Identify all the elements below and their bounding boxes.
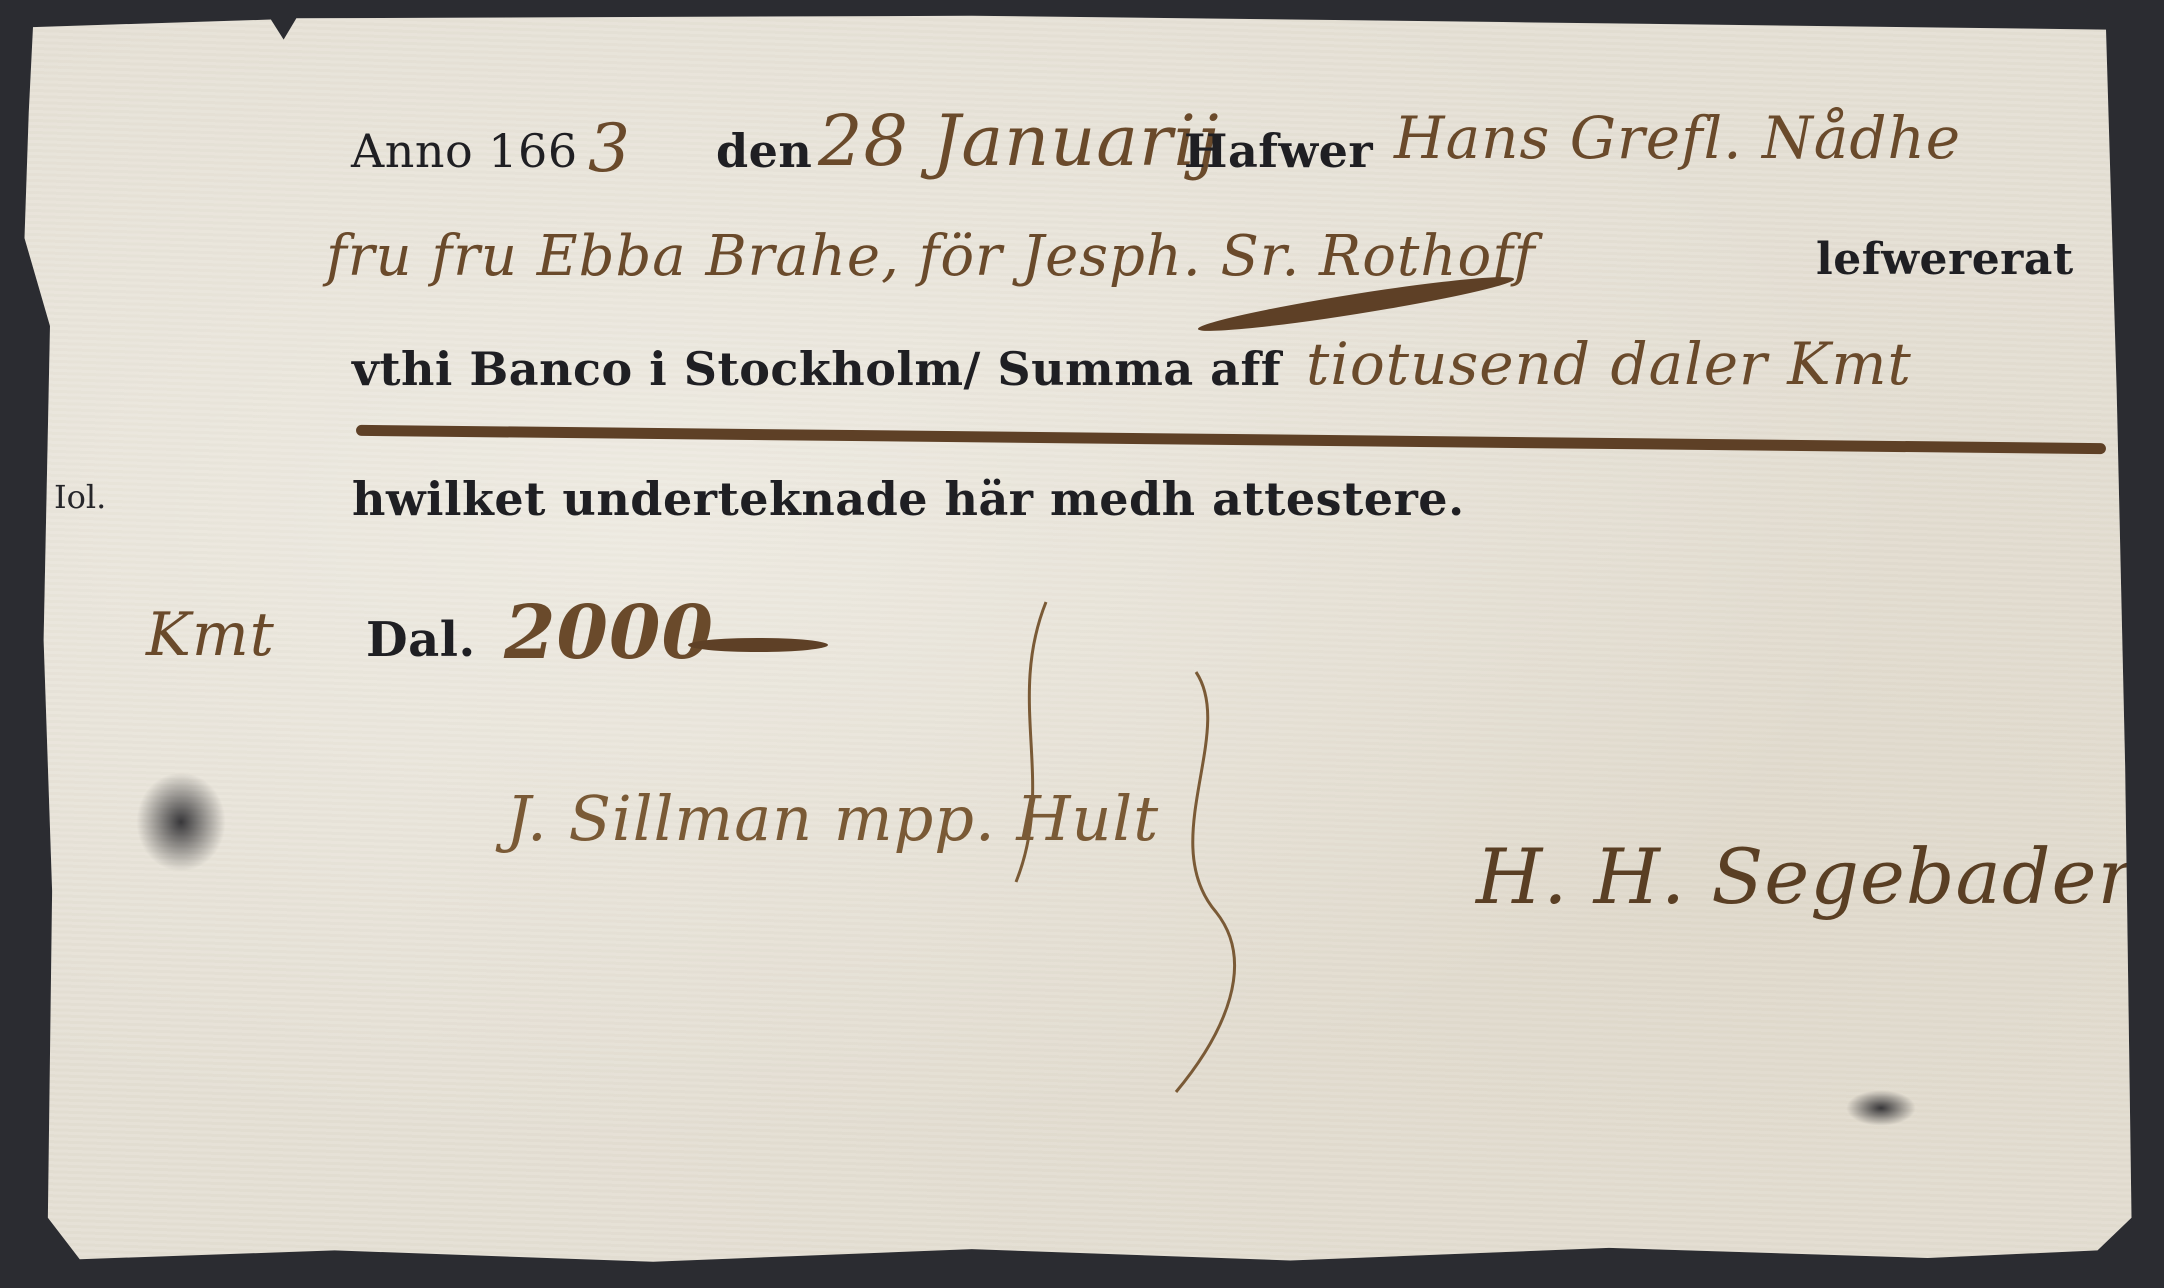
handwritten-sum: tiotusend daler Kmt [1306,330,1912,398]
printed-den: den [716,124,812,178]
handwritten-amount-prefix: Kmt [146,600,275,670]
printed-attestation-line: hwilket underteknade här medh attestere. [352,472,1465,526]
document-paper: Anno 166 3 den 28 Januarij Hafwer Hans G… [16,12,2140,1268]
ink-underline-stroke [356,425,2106,454]
signature-flourish-icon [996,582,1296,1102]
printed-anno: Anno 166 [351,124,578,178]
ink-blot [1846,1090,1916,1126]
printed-lefwererat: lefwererat [1816,234,2074,285]
margin-label: Iol. [54,478,106,516]
handwritten-date: 28 Januarij [818,100,1220,182]
signature-right: H. H. Segebaden [1476,832,2147,921]
ink-smudge [136,772,226,872]
handwritten-amount-value: 2000 [504,590,714,676]
printed-hafwer: Hafwer [1184,124,1373,178]
printed-dal-label: Dal. [366,612,476,668]
handwritten-name: Hans Grefl. Nådhe [1394,104,1961,172]
printed-banco-line: vthi Banco i Stockholm/ Summa aff [352,342,1281,396]
handwritten-recipient: fru fru Ebba Brahe, för Jesph. Sr. Rotho… [326,224,1536,289]
handwritten-year-digit: 3 [588,110,631,187]
amount-dash-stroke [688,638,828,652]
